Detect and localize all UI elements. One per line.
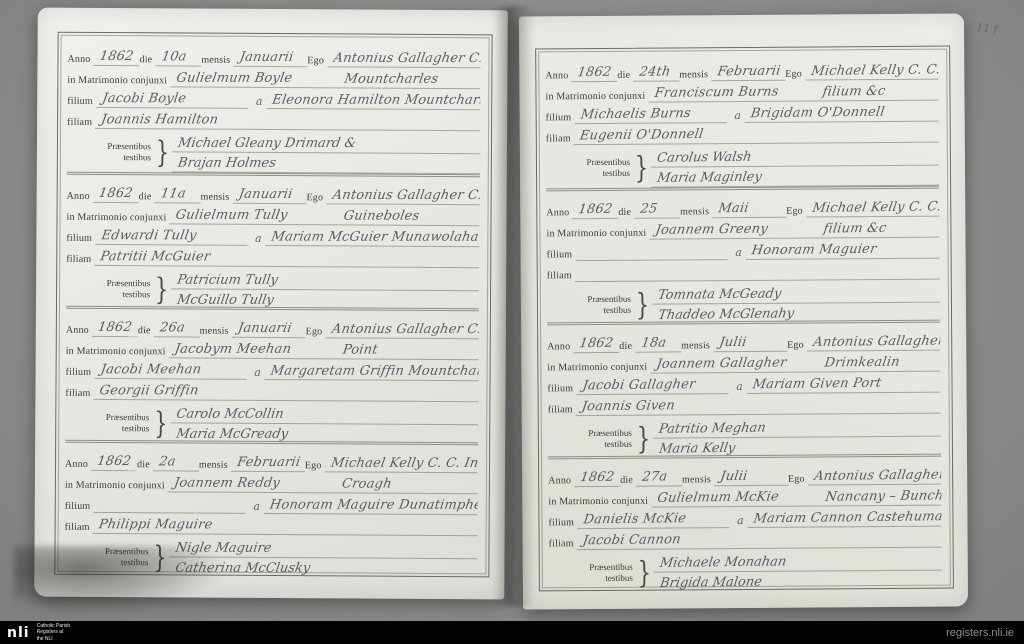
ledger-entries-right: Anno 1862 die 24th mensis Februarii Ego … [539,50,950,588]
entry-bride-father: Joannis Given [575,399,678,415]
entry-filium-row: filium a Honoram Maguire Dunatimpher [65,492,478,516]
entry-witness-1: Michael Gleany Drimard & [171,137,359,152]
label-testibus: Præsentibustestibus [64,546,150,568]
label-ego: Ego [306,192,326,204]
entry-filium-row: filium Danielis McKie a Mariam Cannon Ca… [548,506,941,530]
entry-month: Januarii [231,188,295,203]
entry-filium-row: filium Jacobi Gallagher a Mariam Given P… [547,372,940,396]
entry-priest: Michael Kelly C. C. Inver [323,457,478,472]
entry-witness-2: Thaddeo McGlenahy [651,307,797,322]
entry-groom-father [575,258,583,260]
brace-glyph: } [636,291,650,318]
entry-bride: Mariam Given Port [746,377,885,394]
entry-bride: Brigidam O'Donnell [744,106,888,123]
label-anno: Anno [66,325,92,337]
entry-year: 1862 [91,321,135,336]
label-filiam: filiam [65,522,93,534]
entry-date-row: Anno 1862 die 11a mensis Januarii Ego An… [67,182,480,206]
entry-groom-row: in Matrimonio conjunxi Joannem Greeny fi… [546,217,939,241]
label-ego: Ego [307,55,327,67]
entry-bride-father: Eugenii O'Donnell [573,128,707,145]
entry-year: 1862 [571,203,615,219]
entry-groom: Joannem Reddy [167,477,283,492]
label-anno: Anno [547,341,573,353]
register-page-right: Anno 1862 die 24th mensis Februarii Ego … [519,13,968,609]
entry-filiam-row: filiam Joannis Given [548,393,941,417]
register-entry: Anno 1862 die 10a mensis Januarii Ego An… [67,38,481,175]
entry-month: Julii [712,336,749,351]
label-testibus: Præsentibustestibus [546,157,632,179]
label-filiam: filiam [66,254,94,266]
entry-witness-2: Brajan Holmes [171,157,279,172]
label-die: die [139,191,155,203]
label-a: a [728,380,747,394]
brace-glyph: } [635,154,649,181]
entry-filium-row: filium Michaelis Burns a Brigidam O'Donn… [546,101,939,125]
entry-witness-2: Catherina McClusky [168,562,313,577]
entry-filium-row: filium Jacobi Boyle a Eleonora Hamilton … [67,87,480,111]
label-anno: Anno [67,191,93,203]
label-mensis: mensis [680,206,712,218]
entry-month: Februarii [710,65,783,81]
entry-year: 1862 [91,187,135,202]
viewer-footer-bar: nli Catholic Parish Registers at the NLI… [0,621,1024,644]
register-entry: Anno 1862 die 27a mensis Julii Ego Anton… [548,454,942,591]
entry-bride: Eleonora Hamilton Mountcharles [265,94,480,109]
entry-witness-2: McGuillo Tully [170,294,277,309]
entry-groom-father: Jacobi Boyle [95,92,189,107]
label-conjunxi: in Matrimonio conjunxi [548,496,651,509]
entry-bride: Mariam Cannon Castehuman [747,510,942,528]
entry-bride-father [575,279,583,281]
brace-glyph: } [156,139,170,166]
entry-priest: Antonius Gallagher C. C. Inver [806,333,941,351]
entry-witnesses: Præsentibustestibus } Michael Gleany Dri… [67,132,480,175]
entry-day: 10a [154,50,189,65]
entry-groom-father: Jacobi Gallagher [575,378,698,394]
entry-day: 11a [153,187,188,202]
register-entry: Anno 1862 die 18a mensis Julii Ego Anton… [547,320,941,457]
label-a: a [248,95,267,109]
entry-priest: Antonius Gallagher C. C. Inver [324,323,479,338]
label-ego: Ego [787,340,807,352]
entry-groom-father: Edwardi Tully [94,229,199,244]
entry-bride: Mariam McGuier Munawolaha [265,231,480,246]
label-die: die [138,325,154,337]
label-filium: filium [67,96,96,108]
label-testibus: Præsentibustestibus [67,141,153,163]
label-testibus: Præsentibustestibus [547,294,633,316]
label-ego: Ego [788,474,808,486]
entry-groom: Gulielmum Tully [168,209,290,224]
entry-groom-row: in Matrimonio conjunxi Gulielmum McKie N… [548,485,941,509]
label-conjunxi: in Matrimonio conjunxi [546,228,649,241]
entry-witnesses: Præsentibustestibus } Patritio Meghan Ma… [548,417,941,457]
entry-groom-place: filium &c [815,85,888,101]
nli-logo-mark: nli [7,626,30,640]
label-die: die [617,70,633,82]
entry-witness-1: Carolus Walsh [650,151,755,167]
nli-logo: nli Catholic Parish Registers at the NLI [7,623,70,642]
entry-bride-father: Jacobi Cannon [576,533,684,549]
entry-groom: Gulielmum Boyle [169,72,295,87]
entry-filiam-row: filiam Georgii Griffin [65,379,478,403]
entry-witnesses: Præsentibustestibus } Carolus Walsh Mari… [546,146,939,189]
entry-year: 1862 [570,66,614,82]
label-mensis: mensis [679,69,711,81]
entry-groom-place: Mountcharles [337,73,441,88]
entry-month: Januarii [230,322,294,337]
entry-priest: Antonius Gallagher C. C. Inver [807,467,942,485]
entry-date-row: Anno 1862 die 27a mensis Julii Ego Anton… [548,464,941,488]
pencil-page-note: 11 f [975,21,998,36]
entry-groom-row: in Matrimonio conjunxi Joannem Reddy Cro… [65,471,478,495]
entry-witnesses: Præsentibustestibus } Patricium Tully Mc… [66,269,479,309]
entry-filium-row: filium Edwardi Tully a Mariam McGuier Mu… [66,224,479,248]
entry-date-row: Anno 1862 die 18a mensis Julii Ego Anton… [547,330,940,354]
entry-priest: Michael Kelly C. C. Inver [804,63,939,80]
entry-filiam-row: filiam Philippi Maguire [65,513,478,537]
entry-groom-place: Croagh [335,478,395,493]
entry-witness-1: Michaele Monahan [653,555,790,572]
entry-filiam-row: filiam Joannis Hamilton [67,108,480,132]
label-mensis: mensis [201,55,233,67]
label-ego: Ego [306,326,326,338]
label-filiam: filiam [547,270,575,282]
entry-date-row: Anno 1862 die 25 mensis Maii Ego Michael… [546,196,939,220]
entry-year: 1862 [90,455,134,470]
entry-bride-father: Joannis Hamilton [94,113,221,128]
entry-groom-place: Guineboles [336,210,422,225]
label-ego: Ego [785,69,805,81]
label-anno: Anno [67,54,93,66]
label-a: a [246,366,265,380]
label-die: die [137,459,153,471]
entry-witness-2: Maria Maginley [650,171,765,187]
entry-filium-row: filium a Honoram Maguier [546,238,939,262]
register-entry: Anno 1862 die 2a mensis Februarii Ego Mi… [64,440,478,577]
entry-groom-father: Michaelis Burns [573,107,693,123]
entry-month: Maii [711,202,751,217]
label-filiam: filiam [549,538,577,550]
entry-groom-place: Nancany – Bunchola [818,489,942,506]
entry-groom-father [93,510,101,512]
label-testibus: Præsentibustestibus [549,562,635,584]
brace-glyph: } [638,559,652,586]
entry-day: 25 [633,203,660,218]
entry-day: 26a [152,321,187,336]
entry-year: 1862 [573,471,617,487]
label-die: die [620,475,636,487]
entry-witness-2: Brigida Malone [653,576,765,591]
label-die: die [618,207,634,219]
site-watermark: registers.nli.ie [946,627,1014,639]
entry-witnesses: Præsentibustestibus } Michaele Monahan B… [549,551,942,591]
entry-witness-1: Tomnata McGeady [651,287,784,304]
label-conjunxi: in Matrimonio conjunxi [66,346,169,359]
ledger-entries-left: Anno 1862 die 10a mensis Januarii Ego An… [58,36,488,574]
entry-witness-1: Patricium Tully [170,274,281,289]
entry-witnesses: Præsentibustestibus } Carolo McCollin Ma… [65,403,478,443]
entry-groom-father: Jacobi Meehan [93,363,204,378]
brace-glyph: } [153,544,167,571]
entry-filiam-row: filiam [547,259,940,283]
entry-witness-2: Maria Kelly [652,442,738,457]
label-filium: filium [547,249,576,261]
label-conjunxi: in Matrimonio conjunxi [67,75,170,88]
register-scan-viewer: Anno 1862 die 10a mensis Januarii Ego An… [0,0,1024,644]
entry-date-row: Anno 1862 die 10a mensis Januarii Ego An… [67,45,480,69]
entry-witnesses: Præsentibustestibus } Nigle Maguire Cath… [64,537,477,577]
entry-day: 24th [632,65,673,80]
entry-filium-row: filium Jacobi Meehan a Margaretam Griffi… [66,358,479,382]
entry-bride: Honoram Maguire Dunatimpher [263,499,478,514]
entry-priest: Antonius Gallagher C. C. Inver [326,52,481,67]
entry-filiam-row: filiam Patritii McGuier [66,245,479,269]
entry-groom: Gulielmum McKie [650,490,782,507]
label-anno: Anno [546,207,572,219]
label-testibus: Præsentibustestibus [66,278,152,300]
entry-groom-row: in Matrimonio conjunxi Gulielmum Tully G… [66,203,479,227]
label-filiam: filiam [65,388,93,400]
entry-witness-1: Carolo McCollin [169,408,287,423]
entry-groom: Jacobym Meehan [167,343,294,358]
label-filium: filium [546,112,575,124]
label-conjunxi: in Matrimonio conjunxi [65,480,168,493]
label-filiam: filiam [548,404,576,416]
entry-witnesses: Præsentibustestibus } Tomnata McGeady Th… [547,283,940,323]
label-filium: filium [547,383,576,395]
entry-bride: Honoram Maguier [745,243,880,260]
label-mensis: mensis [200,192,232,204]
register-entry: Anno 1862 die 26a mensis Januarii Ego An… [65,306,479,443]
label-mensis: mensis [200,326,232,338]
brace-glyph: } [637,425,651,452]
label-anno: Anno [548,475,574,487]
entry-filiam-row: filiam Eugenii O'Donnell [546,122,939,146]
label-anno: Anno [545,70,571,82]
label-testibus: Præsentibustestibus [548,428,634,450]
entry-bride-father: Patritii McGuier [93,250,213,265]
entry-date-row: Anno 1862 die 26a mensis Januarii Ego An… [66,316,479,340]
label-mensis: mensis [199,460,231,472]
entry-groom: Joannem Gallagher [649,356,789,373]
brace-glyph: } [154,410,168,437]
entry-month: Februarii [230,456,303,471]
entry-date-row: Anno 1862 die 24th mensis Februarii Ego … [545,59,938,83]
entry-groom: Franciscum Burns [647,85,781,102]
label-a: a [729,514,748,528]
brace-glyph: } [155,276,169,303]
entry-day: 27a [635,470,670,485]
register-page-left: Anno 1862 die 10a mensis Januarii Ego An… [34,8,508,600]
entry-groom-place: Drimkealin [817,356,902,372]
label-mensis: mensis [681,340,713,352]
label-anno: Anno [65,459,91,471]
label-a: a [245,500,264,514]
entry-bride-father: Georgii Griffin [92,384,201,399]
label-filium: filium [66,233,95,245]
label-conjunxi: in Matrimonio conjunxi [545,91,648,104]
entry-priest: Antonius Gallagher C. C. Inver [325,189,480,204]
label-a: a [247,232,266,246]
entry-groom-place: Point [335,344,380,359]
label-a: a [727,246,746,260]
entry-day: 2a [152,455,179,470]
entry-year: 1862 [572,337,616,353]
label-ego: Ego [305,460,325,472]
entry-filiam-row: filiam Jacobi Cannon [549,527,942,551]
entry-witness-1: Nigle Maguire [168,542,274,557]
label-filium: filium [65,501,94,513]
entry-month: Januarii [232,51,296,66]
entry-groom-row: in Matrimonio conjunxi Jacobym Meehan Po… [66,337,479,361]
entry-priest: Michael Kelly C. C. Inver [805,200,940,217]
entry-groom-row: in Matrimonio conjunxi Joannem Gallagher… [547,351,940,375]
ledger-frame: Anno 1862 die 10a mensis Januarii Ego An… [54,32,492,578]
entry-witness-1: Patritio Meghan [652,422,769,438]
entry-groom-father: Danielis McKie [576,512,689,528]
entry-day: 18a [634,336,669,351]
label-conjunxi: in Matrimonio conjunxi [547,362,650,375]
label-a: a [726,109,745,123]
label-filiam: filiam [546,133,574,145]
entry-groom-place: filium &c [816,222,889,238]
nli-logo-caption: Catholic Parish Registers at the NLI [37,623,71,642]
label-ego: Ego [786,206,806,218]
register-entry: Anno 1862 die 25 mensis Maii Ego Michael… [546,186,940,323]
label-conjunxi: in Matrimonio conjunxi [66,212,169,225]
register-entry: Anno 1862 die 11a mensis Januarii Ego An… [66,172,480,309]
label-mensis: mensis [682,474,714,486]
label-filium: filium [66,367,95,379]
entry-month: Julii [713,470,750,485]
register-entry: Anno 1862 die 24th mensis Februarii Ego … [545,52,939,189]
label-testibus: Præsentibustestibus [65,412,151,434]
label-filiam: filiam [67,117,95,129]
entry-witness-2: Maria McGready [169,428,291,443]
entry-groom-row: in Matrimonio conjunxi Franciscum Burns … [545,80,938,104]
entry-groom-row: in Matrimonio conjunxi Gulielmum Boyle M… [67,66,480,90]
entry-bride: Margaretam Griffin Mountcharles [264,365,479,380]
entry-bride-father: Philippi Maguire [91,518,215,533]
label-filium: filium [548,517,577,529]
entry-year: 1862 [92,50,136,65]
label-die: die [139,54,155,66]
entry-date-row: Anno 1862 die 2a mensis Februarii Ego Mi… [65,450,478,474]
ledger-frame: Anno 1862 die 24th mensis Februarii Ego … [535,46,954,592]
entry-groom: Joannem Greeny [648,222,770,238]
label-die: die [619,341,635,353]
